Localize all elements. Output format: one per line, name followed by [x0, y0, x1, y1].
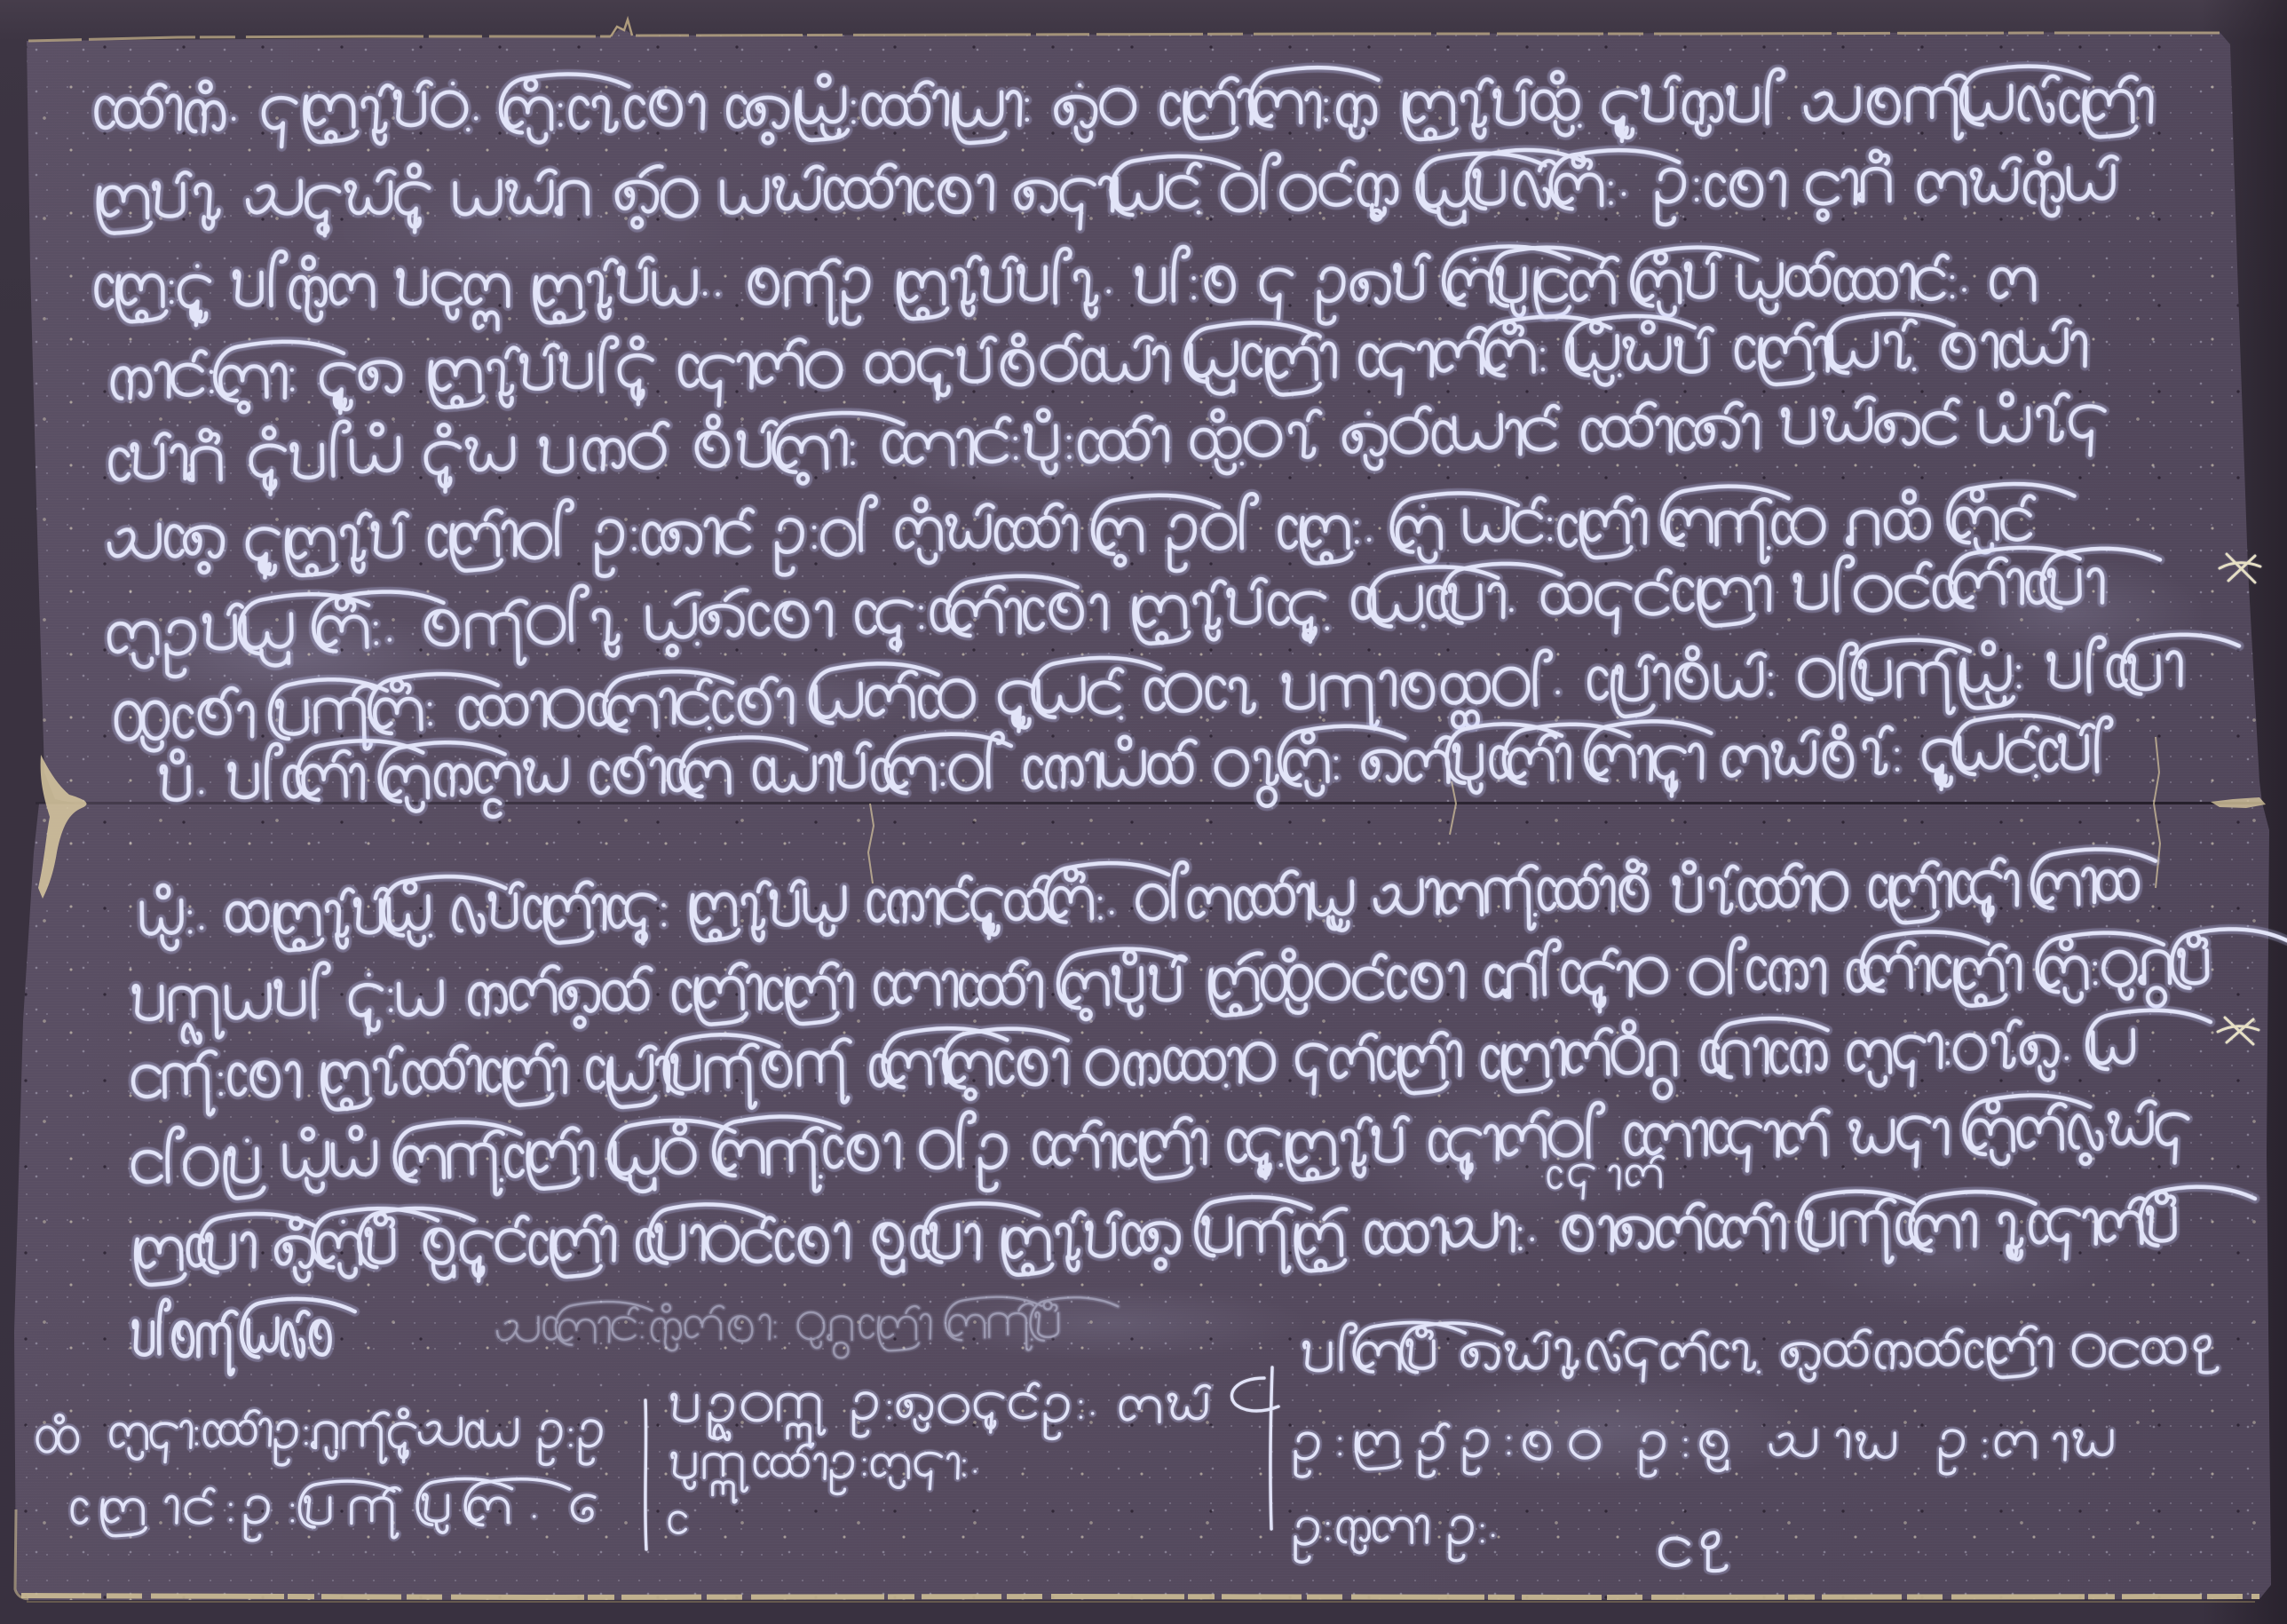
handwriting-strokes — [1293, 1481, 1501, 1579]
colophon-middle-line-3: ဍ — [669, 1472, 689, 1570]
stroke-glow — [497, 1296, 1119, 1361]
page-number: ၂၉ — [1660, 1501, 1740, 1598]
lower-line-6: ပါသည် ဖြစ်၏ — [133, 1280, 336, 1396]
stroke-glow — [1304, 1319, 2218, 1383]
interlinear-insert: ရောက် — [1547, 1128, 1681, 1225]
handwriting-strokes — [669, 1472, 689, 1570]
chalk-ink-stroke — [1548, 1156, 1663, 1198]
colophon-left-line-2: ကျောင်းဦးပြည်ပြုကြ၊ ၆ — [71, 1461, 614, 1558]
stroke-glow — [111, 1409, 601, 1465]
stroke-glow — [72, 1478, 595, 1540]
stroke-glow — [37, 1415, 78, 1453]
handwriting-strokes — [671, 1416, 984, 1514]
stroke-glow — [1548, 1156, 1663, 1198]
colophon-right-line-2: ဦးကျဥ်ဦးသဝ ဦးသူ အာယ ဦးကာယ — [1293, 1396, 2132, 1493]
chalk-ink-stroke — [1660, 1533, 1727, 1571]
handwriting-strokes — [1547, 1128, 1681, 1225]
handwriting-strokes — [1293, 1396, 2132, 1493]
lower-page-text: ဖိုး၊ တကျွန်ုပ်မြို့ စပ်ကျော်ရွေး ကျွန်ု… — [0, 0, 2287, 1624]
colophon-middle-line-2: ပုဏ္ဏတော်ဦးဘုရား၊ — [671, 1416, 984, 1514]
handwriting-strokes — [1660, 1501, 1740, 1598]
colophon-right-line-3: ဦးလုကာ ဦး၊ — [1293, 1481, 1501, 1579]
handwriting-strokes — [133, 1280, 336, 1396]
handwriting-strokes — [71, 1461, 614, 1558]
chalk-ink-stroke — [672, 1445, 975, 1502]
colophon-right-line-1: ပါကြပြီ ဆယ်နှစ်ရက်နေ့ ဆုတ်လတ်ကျော် ၁၂၃၉ — [1303, 1303, 2228, 1405]
handwriting-strokes — [1303, 1303, 2228, 1405]
